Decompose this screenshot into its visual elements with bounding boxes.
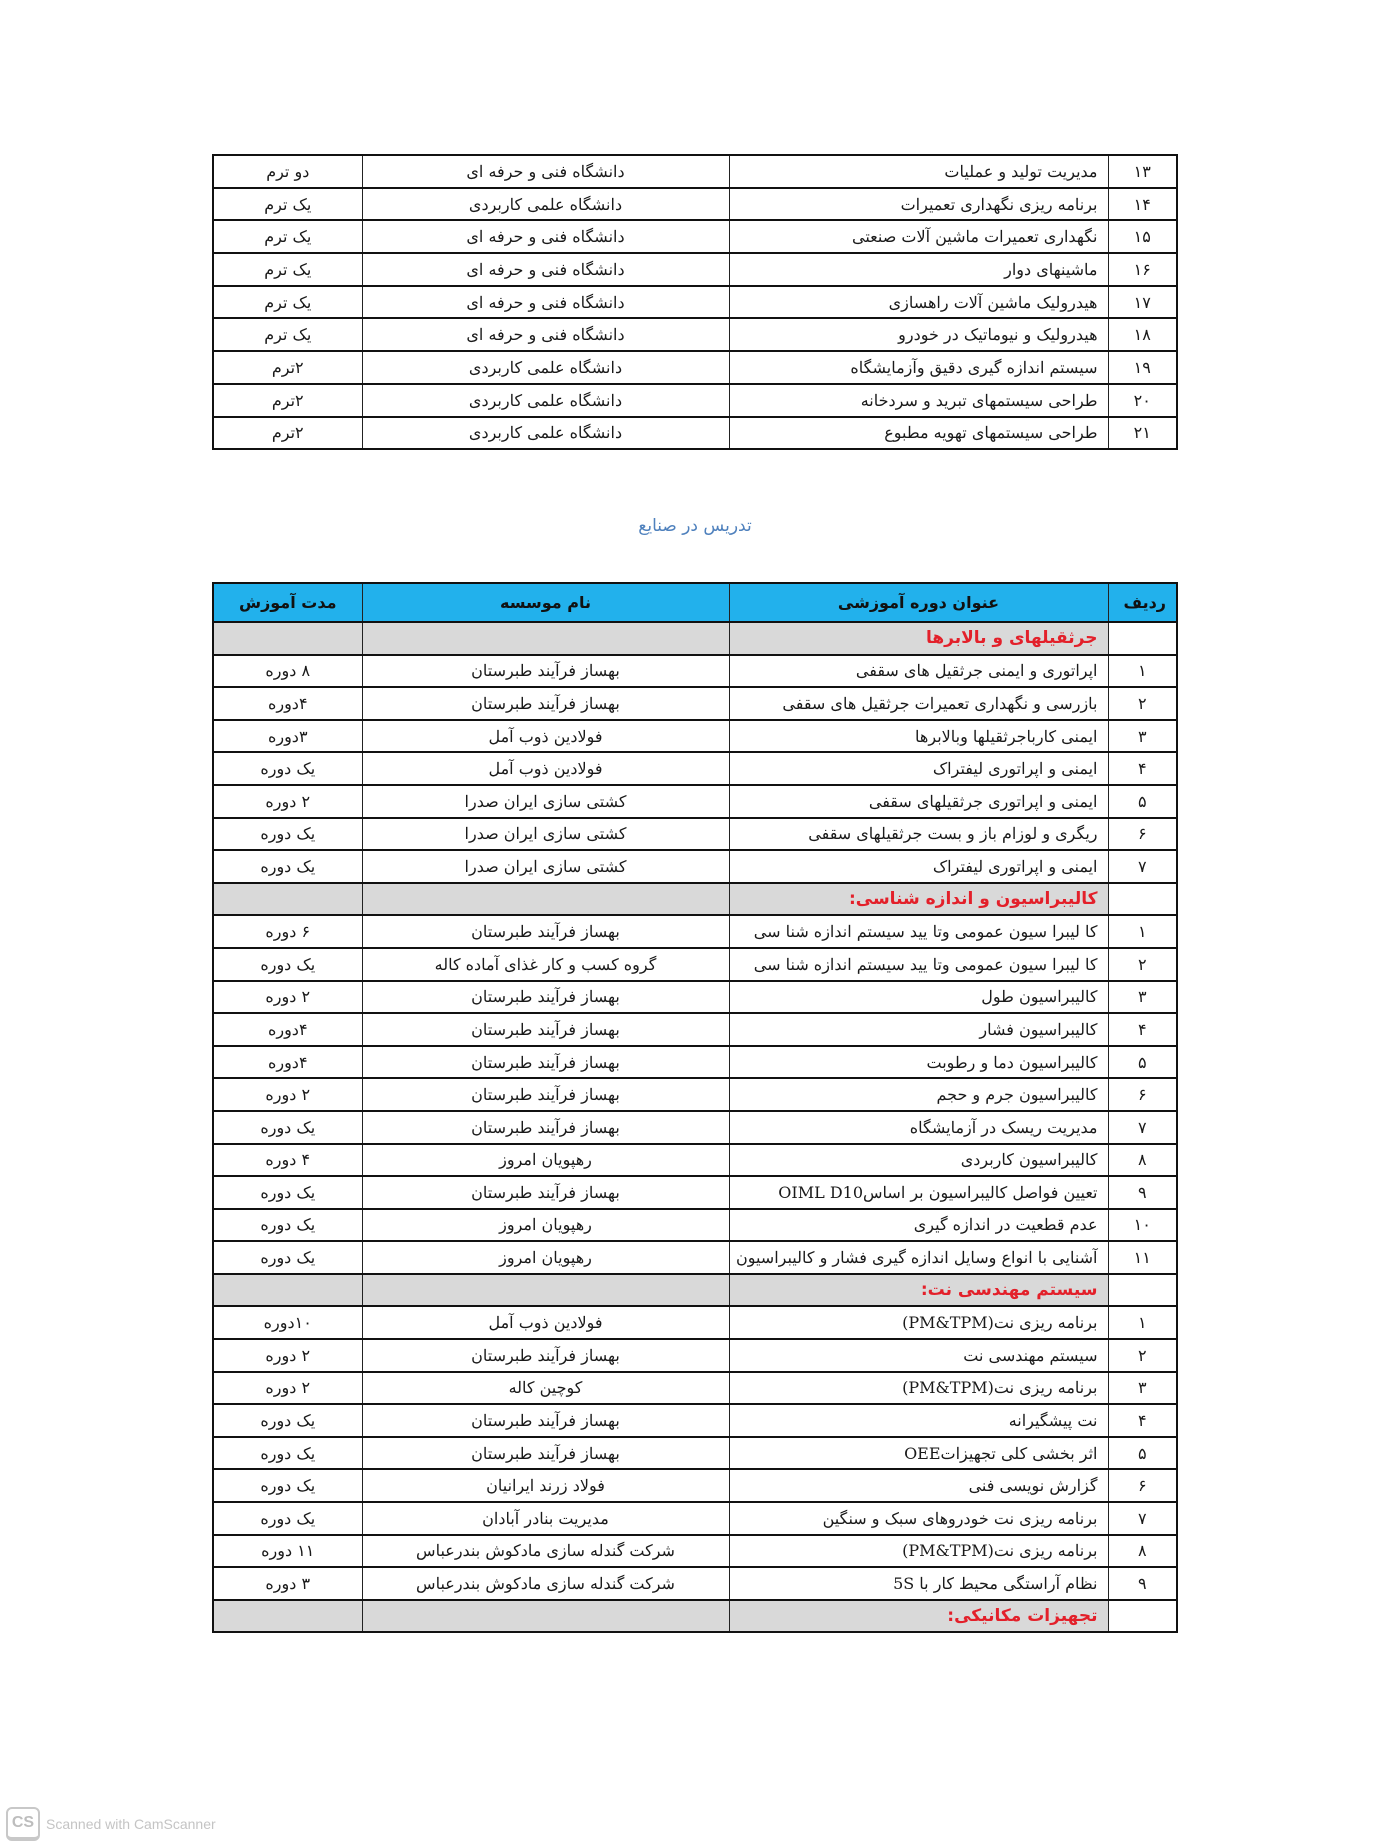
watermark-text: Scanned with CamScanner: [46, 1816, 216, 1832]
course-title: آشنایی با انواع وسایل اندازه گیری فشار و…: [729, 1241, 1108, 1274]
table-row: ۱اپراتوری و ایمنی جرثقیل های سقفیبهساز ف…: [213, 655, 1177, 688]
row-index: ۴: [1108, 1013, 1177, 1046]
institution-name: دانشگاه فنی و حرفه ای: [362, 220, 729, 253]
course-title: سیستم اندازه گیری دقیق وآزمایشگاه: [729, 351, 1108, 384]
institution-name: دانشگاه علمی کاربردی: [362, 188, 729, 221]
table-row: ۴نت پیشگیرانهبهساز فرآیند طبرستانیک دوره: [213, 1404, 1177, 1437]
course-title: ایمنی و اپراتوری لیفتراک: [729, 752, 1108, 785]
institution-name: دانشگاه فنی و حرفه ای: [362, 253, 729, 286]
course-title: مدیریت ریسک در آزمایشگاه: [729, 1111, 1108, 1144]
training-duration: یک دوره: [213, 752, 362, 785]
row-index: ۸: [1108, 1144, 1177, 1177]
row-index: ۱: [1108, 915, 1177, 948]
table-row: ۶کالیبراسیون جرم و حجمبهساز فرآیند طبرست…: [213, 1078, 1177, 1111]
group-title: کالیبراسیون و اندازه شناسی:: [729, 883, 1108, 916]
table-row: ۷مدیریت ریسک در آزمایشگاهبهساز فرآیند طب…: [213, 1111, 1177, 1144]
institution-name: بهساز فرآیند طبرستان: [362, 1437, 729, 1470]
course-title: اثر بخشی کلی تجهیزاتOEE: [729, 1437, 1108, 1470]
group-empty-cell: [362, 622, 729, 655]
training-duration: یک ترم: [213, 220, 362, 253]
institution-name: دانشگاه فنی و حرفه ای: [362, 318, 729, 351]
header-duration: مدت آموزش: [213, 583, 362, 622]
group-empty-cell: [362, 1600, 729, 1633]
table-row: ۴کالیبراسیون فشاربهساز فرآیند طبرستان۴دو…: [213, 1013, 1177, 1046]
course-title: طراحی سیستمهای تبرید و سردخانه: [729, 384, 1108, 417]
row-index: ۷: [1108, 1502, 1177, 1535]
group-empty-cell: [362, 1274, 729, 1307]
row-index: ۱۸: [1108, 318, 1177, 351]
row-index: ۱۱: [1108, 1241, 1177, 1274]
camscanner-logo-icon: CS: [6, 1807, 40, 1841]
training-duration: یک دوره: [213, 1437, 362, 1470]
course-title: کا لیبرا سیون عمومی وتا یید سیستم اندازه…: [729, 948, 1108, 981]
institution-name: بهساز فرآیند طبرستان: [362, 687, 729, 720]
course-title: برنامه ریزی نت(PM&TPM): [729, 1306, 1108, 1339]
institution-name: کشتی سازی ایران صدرا: [362, 850, 729, 883]
group-row: تجهیزات مکانیکی:: [213, 1600, 1177, 1633]
training-duration: ۶ دوره: [213, 915, 362, 948]
table-row: ۱۶ماشینهای دواردانشگاه فنی و حرفه اییک ت…: [213, 253, 1177, 286]
table-row: ۱۹سیستم اندازه گیری دقیق وآزمایشگاهدانشگ…: [213, 351, 1177, 384]
row-index: ۶: [1108, 818, 1177, 851]
header-row: ردیف عنوان دوره آموزشی نام موسسه مدت آمو…: [213, 583, 1177, 622]
group-index-cell: [1108, 1274, 1177, 1307]
institution-name: فولادین ذوب آمل: [362, 720, 729, 753]
table-row: ۵اثر بخشی کلی تجهیزاتOEEبهساز فرآیند طبر…: [213, 1437, 1177, 1470]
institution-name: فولاد زرند ایرانیان: [362, 1469, 729, 1502]
training-duration: ۱۱ دوره: [213, 1535, 362, 1568]
row-index: ۲: [1108, 1339, 1177, 1372]
table-row: ۱۱آشنایی با انواع وسایل اندازه گیری فشار…: [213, 1241, 1177, 1274]
course-title: کالیبراسیون فشار: [729, 1013, 1108, 1046]
row-index: ۷: [1108, 1111, 1177, 1144]
table-row: ۳ایمنی کارباجرثقیلها وبالابرهافولادین ذو…: [213, 720, 1177, 753]
table-row: ۱۳مدیریت تولید و عملیاتدانشگاه فنی و حرف…: [213, 155, 1177, 188]
row-index: ۶: [1108, 1469, 1177, 1502]
row-index: ۱۳: [1108, 155, 1177, 188]
course-title: ایمنی و اپراتوری لیفتراک: [729, 850, 1108, 883]
training-duration: یک دوره: [213, 818, 362, 851]
table-row: ۹تعیین فواصل کالیبراسیون بر اساسOIML D10…: [213, 1176, 1177, 1209]
header-course-title: عنوان دوره آموزشی: [729, 583, 1108, 622]
group-empty-cell: [362, 883, 729, 916]
row-index: ۴: [1108, 1404, 1177, 1437]
section-title: تدریس در صنایع: [560, 516, 830, 536]
training-duration: دو ترم: [213, 155, 362, 188]
training-duration: ۴دوره: [213, 1013, 362, 1046]
table-row: ۴ایمنی و اپراتوری لیفتراکفولادین ذوب آمل…: [213, 752, 1177, 785]
course-title: هیدرولیک ماشین آلات راهسازی: [729, 286, 1108, 319]
table-row: ۱۵نگهداری تعمیرات ماشین آلات صنعتیدانشگا…: [213, 220, 1177, 253]
table-row: ۱کا لیبرا سیون عمومی وتا یید سیستم انداز…: [213, 915, 1177, 948]
institution-name: بهساز فرآیند طبرستان: [362, 981, 729, 1014]
training-duration: ۴دوره: [213, 687, 362, 720]
course-title: کا لیبرا سیون عمومی وتا یید سیستم اندازه…: [729, 915, 1108, 948]
row-index: ۱۴: [1108, 188, 1177, 221]
institution-name: بهساز فرآیند طبرستان: [362, 1404, 729, 1437]
header-index: ردیف: [1108, 583, 1177, 622]
institution-name: رهپویان امروز: [362, 1241, 729, 1274]
course-title: گزارش نویسی فنی: [729, 1469, 1108, 1502]
training-duration: یک دوره: [213, 850, 362, 883]
institution-name: رهپویان امروز: [362, 1144, 729, 1177]
training-duration: یک ترم: [213, 253, 362, 286]
training-duration: ۲ دوره: [213, 1339, 362, 1372]
course-title: سیستم مهندسی نت: [729, 1339, 1108, 1372]
training-duration: یک ترم: [213, 188, 362, 221]
row-index: ۱۰: [1108, 1209, 1177, 1242]
table-row: ۸کالیبراسیون کاربردیرهپویان امروز۴ دوره: [213, 1144, 1177, 1177]
training-duration: ۲ترم: [213, 351, 362, 384]
institution-name: دانشگاه علمی کاربردی: [362, 417, 729, 450]
institution-name: کوچین کاله: [362, 1372, 729, 1405]
scanned-page: ۱۳مدیریت تولید و عملیاتدانشگاه فنی و حرف…: [0, 0, 1391, 1848]
institution-name: بهساز فرآیند طبرستان: [362, 1339, 729, 1372]
table-row: ۵کالیبراسیون دما و رطوبتبهساز فرآیند طبر…: [213, 1046, 1177, 1079]
table-row: ۷ایمنی و اپراتوری لیفتراککشتی سازی ایران…: [213, 850, 1177, 883]
row-index: ۲: [1108, 687, 1177, 720]
course-title: کالیبراسیون طول: [729, 981, 1108, 1014]
training-duration: یک دوره: [213, 1241, 362, 1274]
group-empty-cell: [213, 1274, 362, 1307]
group-empty-cell: [213, 1600, 362, 1633]
training-duration: یک دوره: [213, 948, 362, 981]
table-row: ۶گزارش نویسی فنیفولاد زرند ایرانیانیک دو…: [213, 1469, 1177, 1502]
row-index: ۳: [1108, 981, 1177, 1014]
institution-name: بهساز فرآیند طبرستان: [362, 1111, 729, 1144]
training-duration: یک دوره: [213, 1404, 362, 1437]
table-body: ۱۳مدیریت تولید و عملیاتدانشگاه فنی و حرف…: [213, 155, 1177, 449]
course-title: برنامه ریزی نت(PM&TPM): [729, 1535, 1108, 1568]
camscanner-watermark: CS Scanned with CamScanner: [6, 1806, 216, 1842]
institution-name: مدیریت بنادر آبادان: [362, 1502, 729, 1535]
training-duration: یک دوره: [213, 1469, 362, 1502]
group-index-cell: [1108, 883, 1177, 916]
course-title: هیدرولیک و نیوماتیک در خودرو: [729, 318, 1108, 351]
course-title: طراحی سیستمهای تهویه مطبوع: [729, 417, 1108, 450]
table-row: ۱۸هیدرولیک و نیوماتیک در خودرودانشگاه فن…: [213, 318, 1177, 351]
training-duration: ۲ترم: [213, 384, 362, 417]
table-row: ۲کا لیبرا سیون عمومی وتا یید سیستم انداز…: [213, 948, 1177, 981]
course-title: ماشینهای دوار: [729, 253, 1108, 286]
institution-name: بهساز فرآیند طبرستان: [362, 655, 729, 688]
table-row: ۵ایمنی و اپراتوری جرثقیلهای سقفیکشتی ساز…: [213, 785, 1177, 818]
row-index: ۲۰: [1108, 384, 1177, 417]
group-row: جرثقیلهای و بالابرها: [213, 622, 1177, 655]
training-duration: ۱۰دوره: [213, 1306, 362, 1339]
course-title: نت پیشگیرانه: [729, 1404, 1108, 1437]
training-duration: یک دوره: [213, 1176, 362, 1209]
institution-name: بهساز فرآیند طبرستان: [362, 1078, 729, 1111]
group-index-cell: [1108, 1600, 1177, 1633]
institution-name: دانشگاه علمی کاربردی: [362, 384, 729, 417]
row-index: ۸: [1108, 1535, 1177, 1568]
row-index: ۴: [1108, 752, 1177, 785]
training-duration: ۸ دوره: [213, 655, 362, 688]
row-index: ۱۵: [1108, 220, 1177, 253]
row-index: ۵: [1108, 785, 1177, 818]
table-row: ۲۰طراحی سیستمهای تبرید و سردخانهدانشگاه …: [213, 384, 1177, 417]
training-duration: یک ترم: [213, 318, 362, 351]
institution-name: بهساز فرآیند طبرستان: [362, 1176, 729, 1209]
course-title: کالیبراسیون جرم و حجم: [729, 1078, 1108, 1111]
training-duration: یک دوره: [213, 1209, 362, 1242]
row-index: ۵: [1108, 1437, 1177, 1470]
institution-name: کشتی سازی ایران صدرا: [362, 818, 729, 851]
institution-name: دانشگاه علمی کاربردی: [362, 351, 729, 384]
course-title: نظام آراستگی محیط کار با 5S: [729, 1567, 1108, 1600]
table-header: ردیف عنوان دوره آموزشی نام موسسه مدت آمو…: [213, 583, 1177, 622]
row-index: ۹: [1108, 1567, 1177, 1600]
table-row: ۱۴برنامه ریزی نگهداری تعمیراتدانشگاه علم…: [213, 188, 1177, 221]
course-title: برنامه ریزی نت(PM&TPM): [729, 1372, 1108, 1405]
institution-name: گروه کسب و کار غذای آماده کاله: [362, 948, 729, 981]
row-index: ۱: [1108, 655, 1177, 688]
group-title: تجهیزات مکانیکی:: [729, 1600, 1108, 1633]
institution-name: کشتی سازی ایران صدرا: [362, 785, 729, 818]
table-row: ۳برنامه ریزی نت(PM&TPM)کوچین کاله۲ دوره: [213, 1372, 1177, 1405]
training-duration: ۴دوره: [213, 1046, 362, 1079]
training-duration: ۲ دوره: [213, 1078, 362, 1111]
course-title: ریگری و لوزام باز و بست جرثقیلهای سقفی: [729, 818, 1108, 851]
row-index: ۱۶: [1108, 253, 1177, 286]
row-index: ۱: [1108, 1306, 1177, 1339]
group-title: جرثقیلهای و بالابرها: [729, 622, 1108, 655]
course-title: مدیریت تولید و عملیات: [729, 155, 1108, 188]
institution-name: شرکت گندله سازی مادکوش بندرعباس: [362, 1567, 729, 1600]
table-row: ۱۰عدم قطعیت در اندازه گیریرهپویان امروزی…: [213, 1209, 1177, 1242]
training-duration: ۴ دوره: [213, 1144, 362, 1177]
table-row: ۷برنامه ریزی نت خودروهای سبک و سنگینمدیر…: [213, 1502, 1177, 1535]
training-duration: یک دوره: [213, 1502, 362, 1535]
course-title: برنامه ریزی نت خودروهای سبک و سنگین: [729, 1502, 1108, 1535]
row-index: ۵: [1108, 1046, 1177, 1079]
group-row: کالیبراسیون و اندازه شناسی:: [213, 883, 1177, 916]
course-title: تعیین فواصل کالیبراسیون بر اساسOIML D10: [729, 1176, 1108, 1209]
group-row: سیستم مهندسی نت:: [213, 1274, 1177, 1307]
course-title: کالیبراسیون دما و رطوبت: [729, 1046, 1108, 1079]
training-duration: ۲ دوره: [213, 981, 362, 1014]
row-index: ۳: [1108, 1372, 1177, 1405]
course-title: برنامه ریزی نگهداری تعمیرات: [729, 188, 1108, 221]
table-row: ۹نظام آراستگی محیط کار با 5Sشرکت گندله س…: [213, 1567, 1177, 1600]
row-index: ۲۱: [1108, 417, 1177, 450]
institution-name: فولادین ذوب آمل: [362, 1306, 729, 1339]
training-duration: ۳ دوره: [213, 1567, 362, 1600]
row-index: ۱۹: [1108, 351, 1177, 384]
row-index: ۳: [1108, 720, 1177, 753]
group-index-cell: [1108, 622, 1177, 655]
training-duration: یک دوره: [213, 1111, 362, 1144]
table-body: جرثقیلهای و بالابرها۱اپراتوری و ایمنی جر…: [213, 622, 1177, 1632]
table-row: ۱برنامه ریزی نت(PM&TPM)فولادین ذوب آمل۱۰…: [213, 1306, 1177, 1339]
institution-name: دانشگاه فنی و حرفه ای: [362, 286, 729, 319]
row-index: ۲: [1108, 948, 1177, 981]
training-duration: یک ترم: [213, 286, 362, 319]
institution-name: دانشگاه فنی و حرفه ای: [362, 155, 729, 188]
course-title: بازرسی و نگهداری تعمیرات جرثقیل های سقفی: [729, 687, 1108, 720]
table-row: ۲۱طراحی سیستمهای تهویه مطبوعدانشگاه علمی…: [213, 417, 1177, 450]
row-index: ۶: [1108, 1078, 1177, 1111]
training-duration: ۲ترم: [213, 417, 362, 450]
institution-name: فولادین ذوب آمل: [362, 752, 729, 785]
institution-name: بهساز فرآیند طبرستان: [362, 915, 729, 948]
header-institution: نام موسسه: [362, 583, 729, 622]
row-index: ۷: [1108, 850, 1177, 883]
course-title: ایمنی کارباجرثقیلها وبالابرها: [729, 720, 1108, 753]
row-index: ۹: [1108, 1176, 1177, 1209]
table-row: ۸برنامه ریزی نت(PM&TPM)شرکت گندله سازی م…: [213, 1535, 1177, 1568]
group-empty-cell: [213, 883, 362, 916]
institution-name: بهساز فرآیند طبرستان: [362, 1046, 729, 1079]
university-courses-table: ۱۳مدیریت تولید و عملیاتدانشگاه فنی و حرف…: [212, 154, 1178, 450]
group-title: سیستم مهندسی نت:: [729, 1274, 1108, 1307]
course-title: کالیبراسیون کاربردی: [729, 1144, 1108, 1177]
table-row: ۲سیستم مهندسی نتبهساز فرآیند طبرستان۲ دو…: [213, 1339, 1177, 1372]
training-duration: ۲ دوره: [213, 785, 362, 818]
table-row: ۳کالیبراسیون طولبهساز فرآیند طبرستان۲ دو…: [213, 981, 1177, 1014]
course-title: عدم قطعیت در اندازه گیری: [729, 1209, 1108, 1242]
training-duration: ۲ دوره: [213, 1372, 362, 1405]
group-empty-cell: [213, 622, 362, 655]
training-duration: ۳دوره: [213, 720, 362, 753]
course-title: نگهداری تعمیرات ماشین آلات صنعتی: [729, 220, 1108, 253]
row-index: ۱۷: [1108, 286, 1177, 319]
table-row: ۱۷هیدرولیک ماشین آلات راهسازیدانشگاه فنی…: [213, 286, 1177, 319]
table-row: ۶ریگری و لوزام باز و بست جرثقیلهای سقفیک…: [213, 818, 1177, 851]
course-title: ایمنی و اپراتوری جرثقیلهای سقفی: [729, 785, 1108, 818]
institution-name: بهساز فرآیند طبرستان: [362, 1013, 729, 1046]
course-title: اپراتوری و ایمنی جرثقیل های سقفی: [729, 655, 1108, 688]
industry-training-table: ردیف عنوان دوره آموزشی نام موسسه مدت آمو…: [212, 582, 1178, 1633]
institution-name: شرکت گندله سازی مادکوش بندرعباس: [362, 1535, 729, 1568]
institution-name: رهپویان امروز: [362, 1209, 729, 1242]
table-row: ۲بازرسی و نگهداری تعمیرات جرثقیل های سقف…: [213, 687, 1177, 720]
